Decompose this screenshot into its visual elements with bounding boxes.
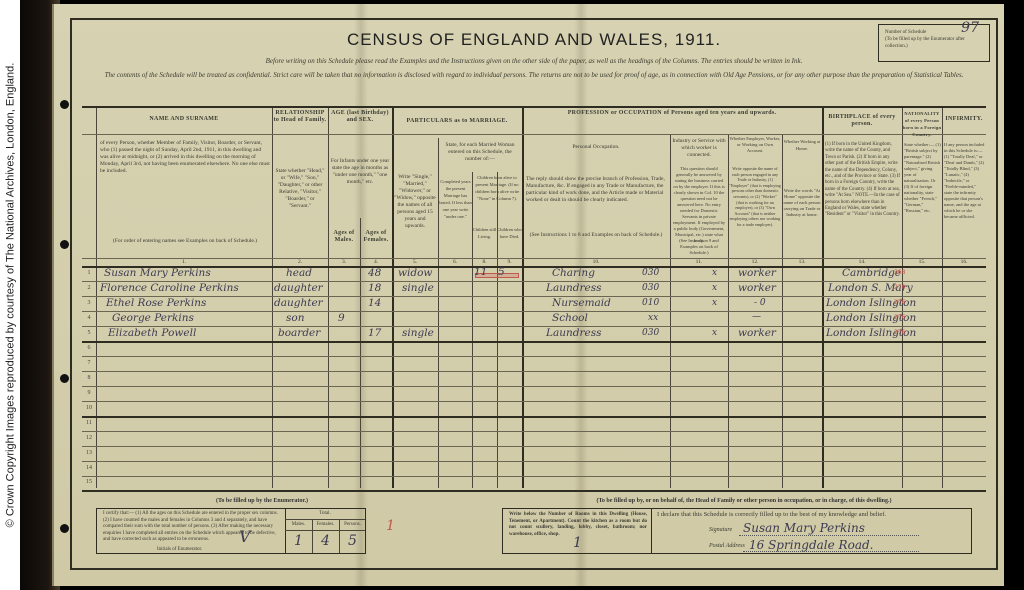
col-number: 2. xyxy=(272,259,328,266)
punch-hole-icon xyxy=(60,240,69,249)
col-number: 5. xyxy=(392,259,438,266)
total-females: 4 xyxy=(321,533,330,549)
row-number: 6 xyxy=(82,345,96,351)
col-number: 11. xyxy=(670,259,728,266)
enumerator-initials-label: Initials of Enumerator. xyxy=(157,547,202,554)
header-industry-note: (See Instruction 9 and Examples on back … xyxy=(672,238,726,256)
header-infirmity: INFIRMITY. xyxy=(942,116,986,123)
cell-marital: single xyxy=(402,327,434,339)
signature-line xyxy=(739,535,919,536)
row-number: 3 xyxy=(82,300,96,306)
cell-industry: x xyxy=(712,328,717,338)
row-line xyxy=(82,356,986,357)
cell-age-female: 48 xyxy=(368,267,381,279)
row-number: 1 xyxy=(82,270,96,276)
cell-occupation: Laundress xyxy=(546,282,602,294)
cell-employer: - 0 xyxy=(754,298,766,308)
col-number: 16. xyxy=(942,259,986,266)
row-number: 8 xyxy=(82,375,96,381)
cell-occupation: School xyxy=(552,312,588,324)
row-number: 11 xyxy=(82,420,96,426)
row-number: 5 xyxy=(82,330,96,336)
punch-hole-icon xyxy=(60,374,69,383)
cell-industry: x xyxy=(712,298,717,308)
header-nationality-desc: State whether:— (1) "British subject by … xyxy=(904,142,941,214)
col-line xyxy=(497,172,498,488)
cell-employer: worker xyxy=(738,267,776,279)
cell-age-female: 17 xyxy=(368,327,381,339)
header-personal-occupation-desc: The reply should show the precise branch… xyxy=(526,176,666,204)
row-line xyxy=(82,476,986,477)
row-number: 12 xyxy=(82,435,96,441)
header-employer: Whether Employer, Worker, or Working on … xyxy=(729,136,781,154)
cell-birthplace-code: 276 xyxy=(894,314,905,321)
header-home-desc: Write the words "At Home" opposite the n… xyxy=(783,188,821,218)
cell-occupation-code: xx xyxy=(648,313,658,323)
cell-children-living: 5 xyxy=(498,266,505,278)
col-line xyxy=(472,172,473,488)
col-number: 1. xyxy=(96,259,272,266)
header-marriage: PARTICULARS as to MARRIAGE. xyxy=(392,118,522,125)
enumerator-section: (To be filled up by the Enumerator.) I c… xyxy=(82,498,502,558)
cell-birthplace-code: 276 xyxy=(894,299,905,306)
col-number: 6. xyxy=(438,259,472,266)
cell-occupation: Charing xyxy=(552,267,595,279)
row-number: 7 xyxy=(82,360,96,366)
row-number: 10 xyxy=(82,405,96,411)
signature: Susan Mary Perkins xyxy=(743,521,865,535)
copyright-credit: © Crown Copyright Images reproduced by c… xyxy=(0,0,20,590)
enumerator-certify-text: I certify that:— (1) All the ages on thi… xyxy=(103,511,281,544)
cell-occupation: Laundress xyxy=(546,327,602,339)
cell-occupation-code: 010 xyxy=(642,298,659,308)
enumerator-certify-box: I certify that:— (1) All the ages on thi… xyxy=(96,508,366,554)
row-line xyxy=(82,371,986,372)
address-line xyxy=(743,551,919,552)
col-number: 15. xyxy=(902,259,942,266)
cell-occupation-code: 030 xyxy=(642,283,659,293)
total-persons: 5 xyxy=(348,533,357,549)
cell-birthplace-code: 276 xyxy=(894,329,905,336)
header-birthplace-desc: (1) If born in the United Kingdom, write… xyxy=(825,142,900,219)
cell-age-female: 14 xyxy=(368,297,381,309)
cell-occupation: Nursemaid xyxy=(552,297,611,309)
row-line xyxy=(82,386,986,387)
enumerator-caption: (To be filled up by the Enumerator.) xyxy=(142,498,382,504)
row-line xyxy=(82,490,986,492)
header-name-desc: of every Person, whether Member of Famil… xyxy=(100,140,270,175)
row-line xyxy=(82,446,986,447)
confidential-line: The contents of the Schedule will be tre… xyxy=(82,70,986,80)
cell-age-female: 18 xyxy=(368,282,381,294)
header-industry-desc: This question should generally be answer… xyxy=(672,166,726,244)
row-number: 4 xyxy=(82,315,96,321)
header-infirmity-desc: If any person included in this Schedule … xyxy=(944,142,985,220)
address-label: Postal Address xyxy=(709,543,745,549)
header-name-note: (For order of entering names see Example… xyxy=(100,238,270,245)
totals-label: Total. xyxy=(285,511,365,518)
row-number: 14 xyxy=(82,465,96,471)
box-divider xyxy=(285,530,365,531)
punch-hole-icon xyxy=(60,524,69,533)
header-children-living: Children still Living. xyxy=(472,226,497,240)
row-line xyxy=(82,401,986,402)
cell-name: Elizabeth Powell xyxy=(108,327,196,339)
census-table: NAME AND SURNAME of every Person, whethe… xyxy=(82,106,986,488)
header-children-died: Children who have Died. xyxy=(497,226,522,240)
rooms-count: 1 xyxy=(573,535,582,551)
header-age-females: Ages of Females. xyxy=(360,230,392,244)
cell-occupation-code: 030 xyxy=(642,328,659,338)
col-number: 14. xyxy=(822,259,902,266)
head-section-caption: (To be filled up by, or on behalf of, th… xyxy=(502,498,986,504)
box-divider xyxy=(285,519,365,520)
row-line xyxy=(82,341,986,343)
enumerator-initials: V xyxy=(239,527,251,546)
schedule-number-note: (To be filled up by the Enumerator after… xyxy=(885,36,983,50)
form-frame: CENSUS OF ENGLAND AND WALES, 1911. Befor… xyxy=(70,18,998,570)
header-personal-occupation: Personal Occupation. xyxy=(524,144,668,151)
cell-birthplace-code: 368 xyxy=(894,269,905,276)
signature-label: Signature xyxy=(709,527,732,533)
header-age-males: Ages of Males. xyxy=(328,230,360,244)
col-number: 3. xyxy=(328,259,360,266)
col-number: 9. xyxy=(497,259,522,266)
header-marriage-status: Write "Single," "Married," "Widower," or… xyxy=(394,174,436,230)
row-line xyxy=(82,416,986,418)
cell-occupation-code: 030 xyxy=(642,268,659,278)
persons-label: Persons. xyxy=(339,522,366,529)
box-divider xyxy=(651,509,652,553)
box-divider xyxy=(339,519,340,553)
red-mark: 1 xyxy=(386,518,395,534)
cell-name: Ethel Rose Perkins xyxy=(106,297,206,309)
instruction-line: Before writing on this Schedule please r… xyxy=(72,57,996,65)
females-label: Females. xyxy=(312,522,339,529)
row-line xyxy=(82,431,986,432)
row-number: 2 xyxy=(82,285,96,291)
cell-relationship: daughter xyxy=(274,282,323,294)
header-name: NAME AND SURNAME xyxy=(96,116,272,123)
header-home: Whether Working at Home. xyxy=(783,138,821,152)
col-number: 8. xyxy=(472,259,497,266)
header-relationship-desc: State whether "Head," or "Wife," "Son," … xyxy=(274,168,326,210)
col-number: 12. xyxy=(728,259,782,266)
header-marriage-children: Children born alive to present Marriage.… xyxy=(472,174,522,202)
header-age-desc: For Infants under one year state the age… xyxy=(330,158,390,186)
form-title: CENSUS OF ENGLAND AND WALES, 1911. xyxy=(72,30,996,50)
header-industry: Industry or Service with which worker is… xyxy=(672,138,726,159)
cell-name: Florence Caroline Perkins xyxy=(100,282,239,294)
punch-hole-icon xyxy=(60,100,69,109)
declaration-text: I declare that this Schedule is correctl… xyxy=(657,511,886,518)
row-number: 9 xyxy=(82,390,96,396)
header-nationality: NATIONALITY of every Person born in a Fo… xyxy=(902,110,942,138)
census-schedule: CENSUS OF ENGLAND AND WALES, 1911. Befor… xyxy=(52,4,1004,586)
cell-relationship: head xyxy=(286,267,312,279)
header-age: AGE (last Birthday) and SEX. xyxy=(328,110,392,124)
col-number: 10. xyxy=(522,259,670,266)
header-line xyxy=(82,134,986,135)
header-relationship: RELATIONSHIP to Head of Family. xyxy=(272,110,328,124)
cell-employer: — xyxy=(752,312,761,322)
head-of-family-section: (To be filled up by, or on behalf of, th… xyxy=(502,498,986,558)
total-males: 1 xyxy=(294,533,303,549)
cell-marital: widow xyxy=(398,267,432,279)
cell-marital: single xyxy=(402,282,434,294)
cell-industry: x xyxy=(712,268,717,278)
males-label: Males. xyxy=(285,522,312,529)
col-number: 13. xyxy=(782,259,822,266)
row-number: 13 xyxy=(82,450,96,456)
header-occupation: PROFESSION or OCCUPATION of Persons aged… xyxy=(522,110,822,117)
schedule-number: 97 xyxy=(961,25,979,32)
cell-relationship: daughter xyxy=(274,297,323,309)
postal-address: 16 Springdale Road. xyxy=(749,538,873,552)
header-personal-occupation-note: (See Instructions 1 to 8 and Examples on… xyxy=(526,232,666,239)
row-number: 15 xyxy=(82,479,96,485)
cell-children-total: 11 xyxy=(474,266,487,278)
head-section-box: Write below the Number of Rooms in this … xyxy=(502,508,972,554)
header-marriage-years: Completed years the present Marriage has… xyxy=(439,178,472,220)
header-birthplace: BIRTHPLACE of every person. xyxy=(822,114,902,128)
cell-birthplace-code: 270 xyxy=(894,284,905,291)
cell-name: George Perkins xyxy=(112,312,194,324)
cell-relationship: boarder xyxy=(278,327,320,339)
col-number: 4. xyxy=(360,259,392,266)
cell-employer: worker xyxy=(738,327,776,339)
box-divider xyxy=(312,519,313,553)
schedule-number-box: Number of Schedule (To be filled up by t… xyxy=(878,24,990,62)
header-employer-desc: Write opposite the name of each person e… xyxy=(729,166,781,228)
cell-relationship: son xyxy=(286,312,304,324)
cell-birthplace: Cambridge xyxy=(842,267,901,279)
cell-employer: worker xyxy=(738,282,776,294)
cell-name: Susan Mary Perkins xyxy=(104,267,211,279)
row-line xyxy=(82,461,986,462)
cell-age-male: 9 xyxy=(338,312,345,324)
cell-industry: x xyxy=(712,283,717,293)
header-married-woman: State, for each Married Woman entered on… xyxy=(440,142,520,163)
